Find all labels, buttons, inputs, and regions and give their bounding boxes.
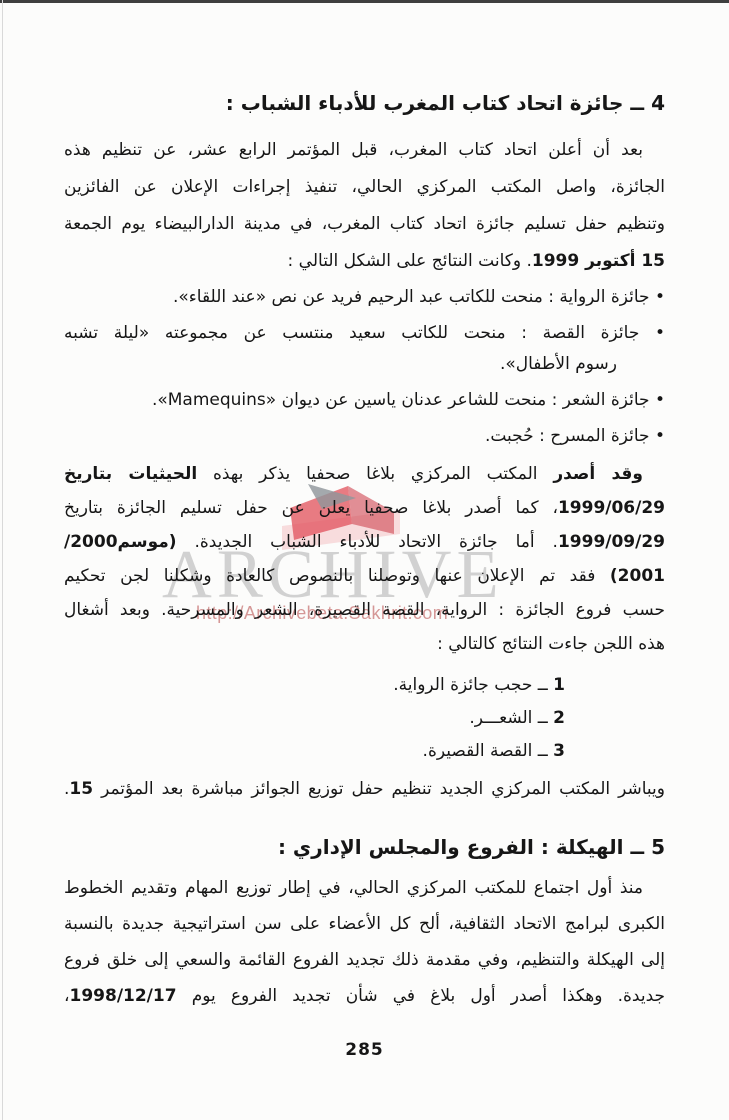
text-line: 2 ــ الشعـــر. xyxy=(64,702,665,735)
text-segment: ويباشر المكتب المركزي الجديد تنظيم حفل ت… xyxy=(93,779,665,799)
bold-text-segment: 15 أكتوبر 1999 xyxy=(532,251,665,271)
text-segment: حسب فروع الجائزة : الرواية، القصة القصير… xyxy=(64,600,665,620)
text-segment: إلى الهيكلة والتنظيم، وفي مقدمة ذلك تجدي… xyxy=(64,950,665,970)
intro-paragraph: بعد أن أعلن اتحاد كتاب المغرب، قبل المؤت… xyxy=(64,132,665,280)
text-segment: ــ القصة القصيرة. xyxy=(423,741,554,761)
award-novel: • جائزة الرواية : منحت للكاتب عبد الرحيم… xyxy=(64,282,665,313)
bold-text-segment: 1999/09/29 xyxy=(558,532,665,552)
results-numbered-list: 1 ــ حجب جائزة الرواية.2 ــ الشعـــر.3 ـ… xyxy=(64,669,665,768)
press-releases-paragraph: وقد أصدر المكتب المركزي بلاغا صحفيا يذكر… xyxy=(64,457,665,661)
text-line: جديدة. وهكذا أصدر أول بلاغ في شأن تجديد … xyxy=(64,978,665,1014)
text-line: 1999/09/29. أما جائزة الاتحاد للأدباء ال… xyxy=(64,525,665,559)
page-left-edge xyxy=(2,0,3,1120)
text-line: • جائزة المسرح : حُجبت. xyxy=(64,421,665,452)
bold-text-segment: وقد أصدر xyxy=(553,464,643,484)
award-short-story: • جائزة القصة : منحت للكاتب سعيد منتسب ع… xyxy=(64,318,665,380)
result-poetry: 2 ــ الشعـــر. xyxy=(64,702,665,735)
result-short-story: 3 ــ القصة القصيرة. xyxy=(64,735,665,768)
text-segment: • جائزة الرواية : منحت للكاتب عبد الرحيم… xyxy=(173,287,665,307)
text-line: 15 أكتوبر 1999. وكانت النتائج على الشكل … xyxy=(64,243,665,280)
bold-text-segment: 2001) xyxy=(610,566,665,586)
text-line: 1999/06/29، كما أصدر بلاغا صحفيا يعلن عن… xyxy=(64,491,665,525)
text-line: الجائزة، واصل المكتب المركزي الحالي، تنف… xyxy=(64,169,665,206)
page-top-edge xyxy=(0,0,729,3)
award-theatre: • جائزة المسرح : حُجبت. xyxy=(64,421,665,452)
text-segment: منذ أول اجتماع للمكتب المركزي الحالي، في… xyxy=(64,878,643,898)
text-segment: هذه اللجن جاءت النتائج كالتالي : xyxy=(437,634,665,654)
text-segment: جديدة. وهكذا أصدر أول بلاغ في شأن تجديد … xyxy=(177,986,665,1006)
document-body: 4 ــ جائزة اتحاد كتاب المغرب للأدباء الش… xyxy=(64,88,665,1014)
text-line: حسب فروع الجائزة : الرواية، القصة القصير… xyxy=(64,593,665,627)
text-line: هذه اللجن جاءت النتائج كالتالي : xyxy=(64,627,665,661)
award-poetry: • جائزة الشعر : منحت للشاعر عدنان ياسين … xyxy=(64,385,665,416)
text-segment: ــ الشعـــر. xyxy=(469,708,553,728)
text-segment: ، كما أصدر بلاغا صحفيا يعلن عن حفل تسليم… xyxy=(64,498,558,518)
text-segment: بعد أن أعلن اتحاد كتاب المغرب، قبل المؤت… xyxy=(64,140,643,160)
bold-text-segment: 5 ــ الهيكلة : الفروع والمجلس الإداري : xyxy=(278,835,665,859)
result-novel: 1 ــ حجب جائزة الرواية. xyxy=(64,669,665,702)
scanned-page: ARCHIVE http://Archivebeta.Sakhrit.com 4… xyxy=(0,0,729,1120)
text-segment: . وكانت النتائج على الشكل التالي : xyxy=(288,251,532,271)
text-line: بعد أن أعلن اتحاد كتاب المغرب، قبل المؤت… xyxy=(64,132,665,169)
text-segment: ــ حجب جائزة الرواية. xyxy=(393,675,553,695)
text-line: رسوم الأطفال». xyxy=(64,349,665,380)
text-line: ويباشر المكتب المركزي الجديد تنظيم حفل ت… xyxy=(64,772,665,806)
bold-text-segment: الحيثيات بتاريخ xyxy=(64,464,197,484)
awards-bullet-list: • جائزة الرواية : منحت للكاتب عبد الرحيم… xyxy=(64,282,665,452)
text-line: • جائزة الرواية : منحت للكاتب عبد الرحيم… xyxy=(64,282,665,313)
text-line: منذ أول اجتماع للمكتب المركزي الحالي، في… xyxy=(64,870,665,906)
text-segment: . أما جائزة الاتحاد للأدباء الشباب الجدي… xyxy=(177,532,558,552)
text-line: 2001) فقد تم الإعلان عنها وتوصلنا بالنصو… xyxy=(64,559,665,593)
page-number: 285 xyxy=(0,1040,729,1060)
closing-line: ويباشر المكتب المركزي الجديد تنظيم حفل ت… xyxy=(64,772,665,806)
text-segment: • جائزة الشعر : منحت للشاعر عدنان ياسين … xyxy=(152,390,665,410)
structure-paragraph: منذ أول اجتماع للمكتب المركزي الحالي، في… xyxy=(64,870,665,1014)
text-segment: المكتب المركزي بلاغا صحفيا يذكر بهذه xyxy=(197,464,553,484)
section-5-heading: 5 ــ الهيكلة : الفروع والمجلس الإداري : xyxy=(64,832,665,862)
bold-text-segment: 1 xyxy=(553,675,565,695)
text-line: 3 ــ القصة القصيرة. xyxy=(64,735,665,768)
text-line: 5 ــ الهيكلة : الفروع والمجلس الإداري : xyxy=(64,832,665,862)
text-segment: • جائزة القصة : منحت للكاتب سعيد منتسب ع… xyxy=(64,323,665,343)
bold-text-segment: 3 xyxy=(553,741,565,761)
text-line: وتنظيم حفل تسليم جائزة اتحاد كتاب المغرب… xyxy=(64,206,665,243)
bold-text-segment: 2 xyxy=(553,708,565,728)
text-segment: • جائزة المسرح : حُجبت. xyxy=(485,426,665,446)
bold-text-segment: 1998/12/17 xyxy=(70,986,177,1006)
text-line: • جائزة القصة : منحت للكاتب سعيد منتسب ع… xyxy=(64,318,665,349)
bold-text-segment: 1999/06/29 xyxy=(558,498,665,518)
text-segment: الجائزة، واصل المكتب المركزي الحالي، تنف… xyxy=(64,177,665,197)
bold-text-segment: 4 ــ جائزة اتحاد كتاب المغرب للأدباء الش… xyxy=(226,91,665,115)
text-line: إلى الهيكلة والتنظيم، وفي مقدمة ذلك تجدي… xyxy=(64,942,665,978)
section-4-heading: 4 ــ جائزة اتحاد كتاب المغرب للأدباء الش… xyxy=(64,88,665,118)
text-line: 4 ــ جائزة اتحاد كتاب المغرب للأدباء الش… xyxy=(64,88,665,118)
text-segment: وتنظيم حفل تسليم جائزة اتحاد كتاب المغرب… xyxy=(64,214,665,234)
text-line: 1 ــ حجب جائزة الرواية. xyxy=(64,669,665,702)
text-line: الكبرى لبرامج الاتحاد الثقافية، ألح كل ا… xyxy=(64,906,665,942)
text-line: وقد أصدر المكتب المركزي بلاغا صحفيا يذكر… xyxy=(64,457,665,491)
text-segment: رسوم الأطفال». xyxy=(500,354,617,374)
bold-text-segment: 15 xyxy=(69,779,93,799)
bold-text-segment: (موسم2000/ xyxy=(64,532,177,552)
text-segment: الكبرى لبرامج الاتحاد الثقافية، ألح كل ا… xyxy=(64,914,665,934)
text-line: • جائزة الشعر : منحت للشاعر عدنان ياسين … xyxy=(64,385,665,416)
text-segment: فقد تم الإعلان عنها وتوصلنا بالنصوص كالع… xyxy=(64,566,610,586)
